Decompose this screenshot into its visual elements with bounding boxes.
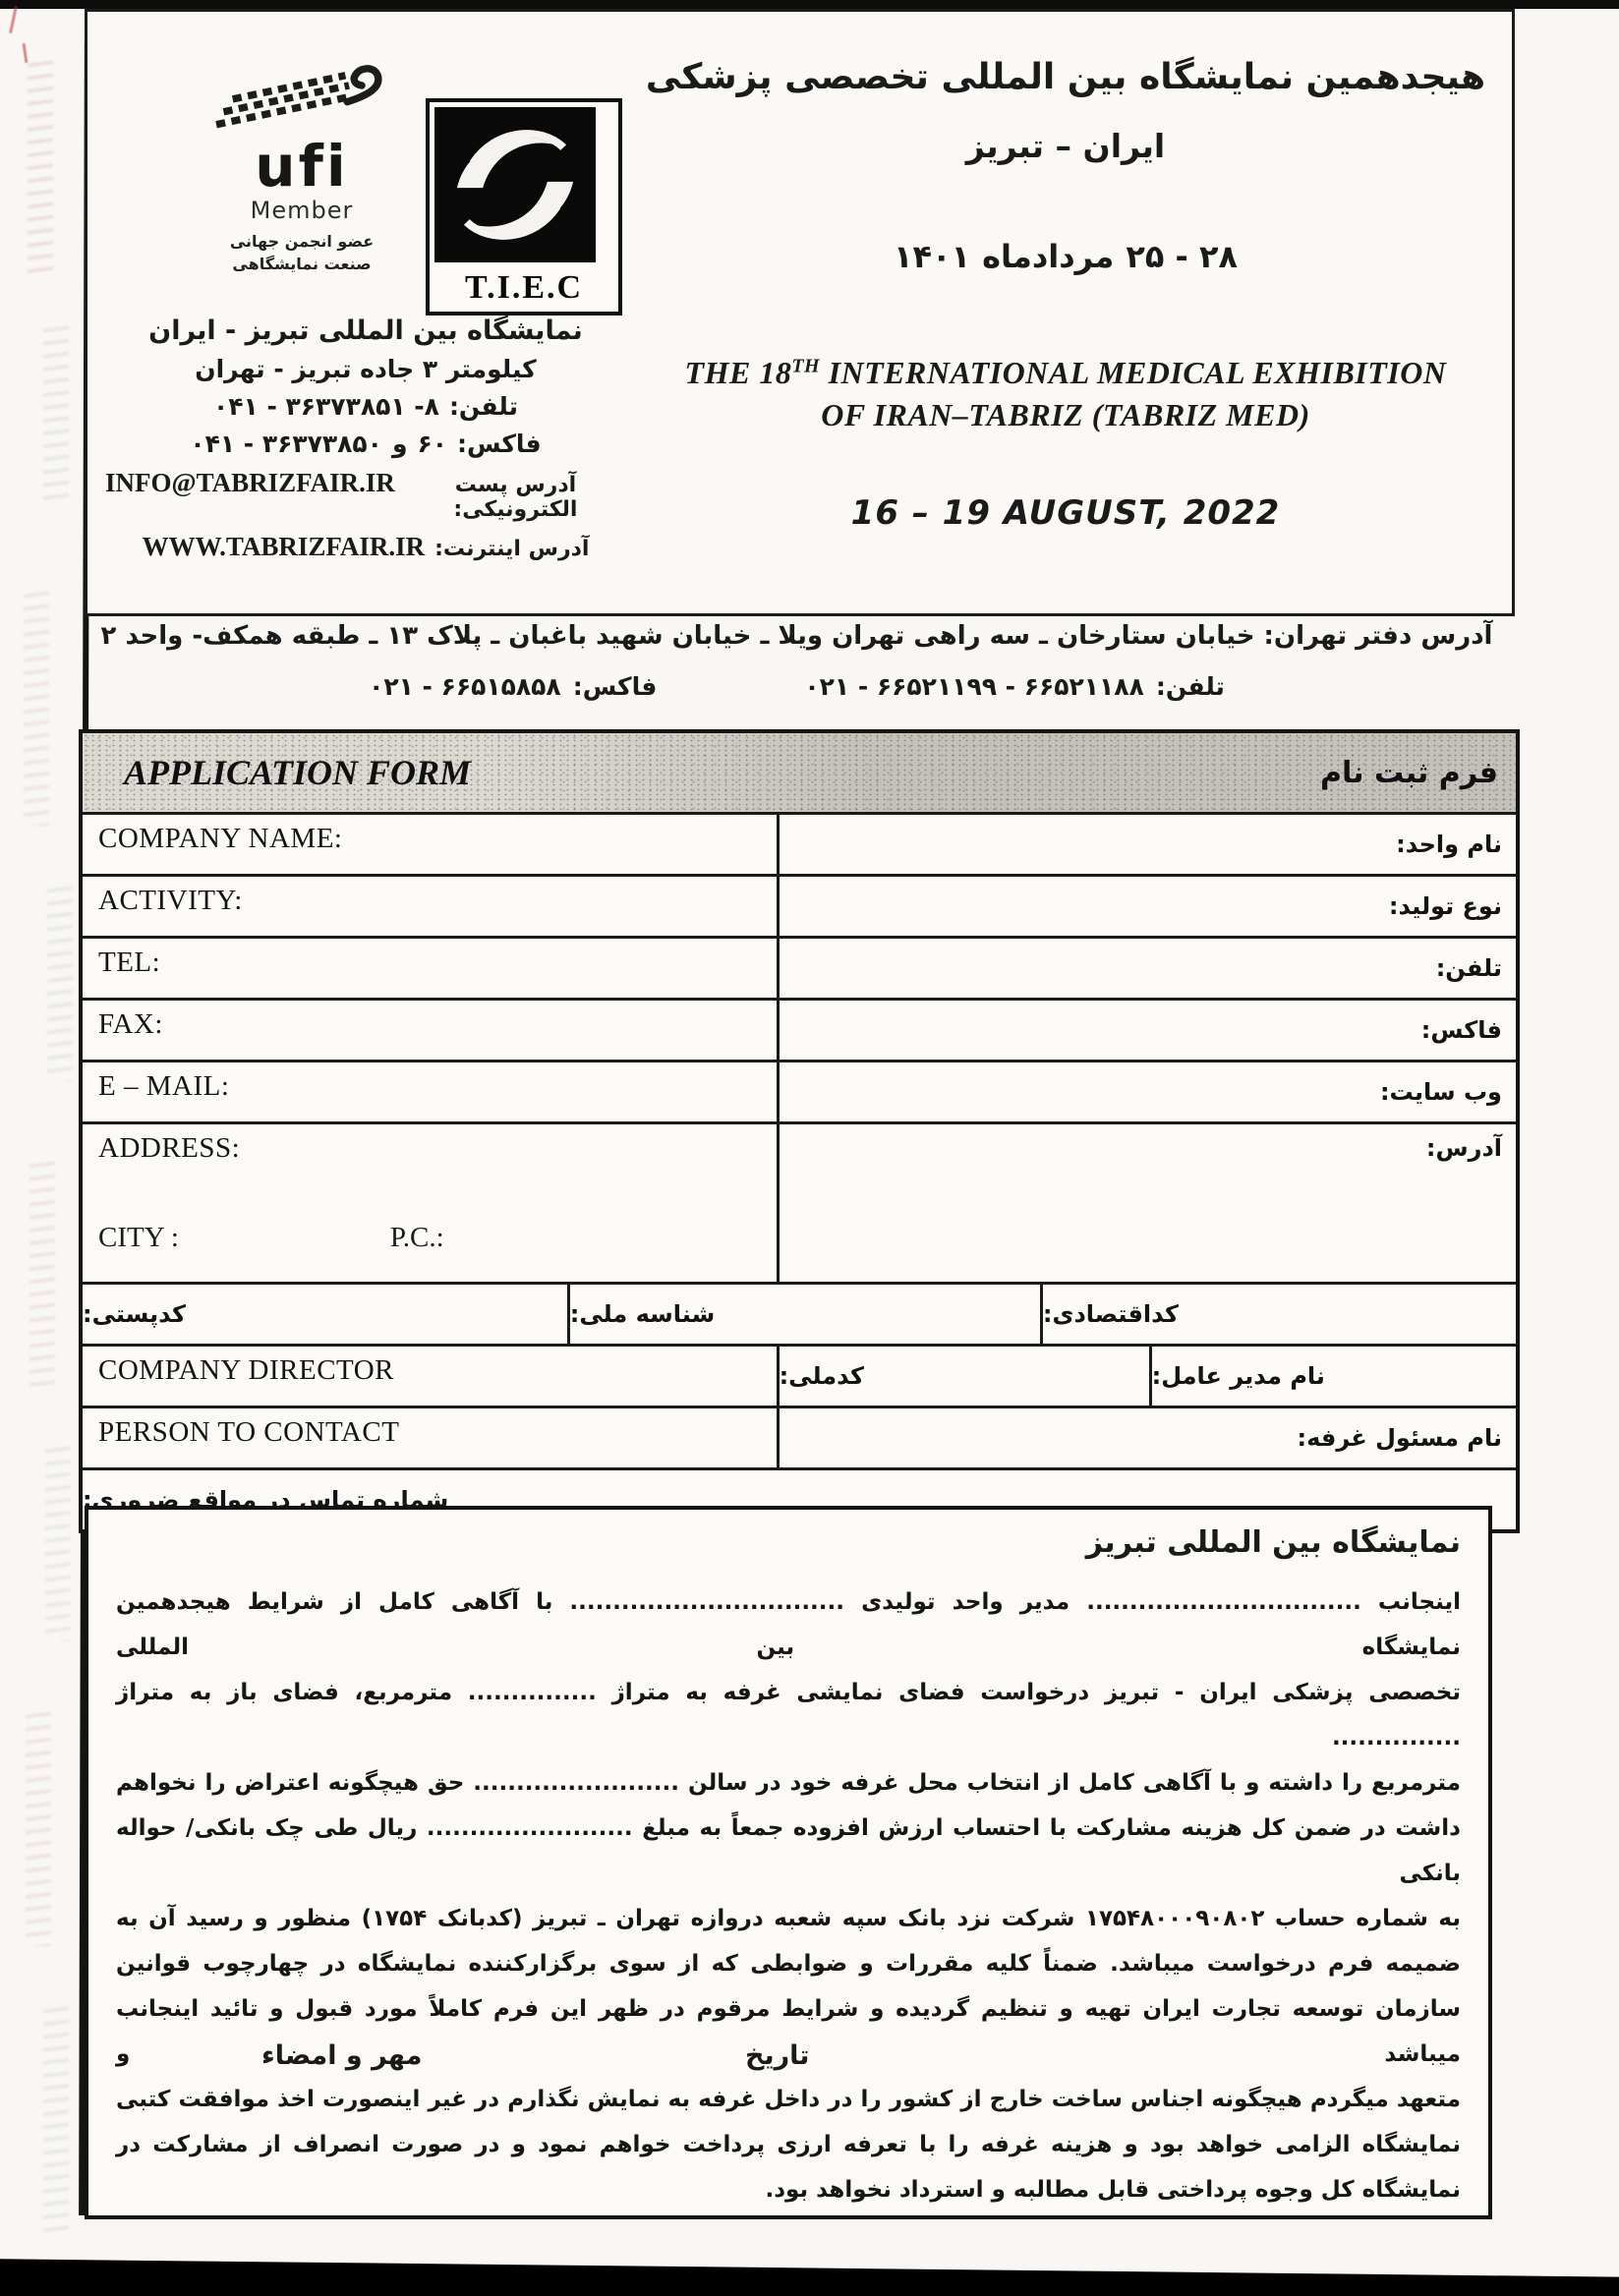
- tehran-office-fax: ۰۲۱ - ۶۶۵۱۵۸۵۸ فاکس:: [369, 672, 657, 701]
- venue-email-label: آدرس پست الکترونیکی:: [405, 473, 626, 522]
- scan-edge-top: [0, 0, 1619, 9]
- venue-email-address: INFO@TABRIZFAIR.IR: [105, 468, 395, 498]
- event-date-english: 16 – 19 AUGUST, 2022: [643, 493, 1488, 533]
- bleed-through-marks: [45, 1445, 71, 1641]
- venue-name: نمایشگاه بین المللی تبریز - ایران: [105, 316, 626, 346]
- form-row-codes: کدپستی: شناسه ملی: کداقتصادی:: [83, 1282, 1516, 1344]
- agreement-line: به شماره حساب ۱۷۵۴۸۰۰۰۹۰۸۰۲ شرکت نزد بان…: [116, 1896, 1461, 1941]
- tehran-office-address: آدرس دفتر تهران: خیابان ستارخان ـ سه راه…: [85, 621, 1509, 651]
- agreement-line: مترمربع را داشته و با آگاهی کامل از انتخ…: [116, 1760, 1461, 1806]
- event-date-persian-year: ۱۴۰۱: [894, 238, 970, 275]
- agreement-line: نمایشگاه الزامی خواهد بود و هزینه غرفه ر…: [116, 2122, 1461, 2167]
- venue-email-line: آدرس پست الکترونیکی: INFO@TABRIZFAIR.IR: [105, 468, 626, 522]
- managing-director-label-fa: نام مدیر عامل:: [1152, 1347, 1516, 1406]
- venue-contact-block: نمایشگاه بین المللی تبریز - ایران کیلومت…: [105, 307, 626, 562]
- tehran-office-telephone-numbers: ۰۲۱ - ۶۶۵۲۱۱۹۹ - ۶۶۵۲۱۱۸۸: [804, 672, 1143, 701]
- ufi-member-label: Member: [184, 197, 420, 224]
- tehran-office-fax-label: فاکس:: [573, 672, 658, 701]
- event-title-english-ordinal: TH: [791, 355, 820, 376]
- city-pc-line: CITY : P.C.:: [83, 1222, 777, 1254]
- event-title-persian: هیجدهمین نمایشگاه بین المللی تخصصی پزشکی: [643, 57, 1488, 97]
- event-date-persian-days: ۲۵ - ۲۸: [1126, 238, 1238, 275]
- form-title-row: APPLICATION FORM فرم ثبت نام: [83, 733, 1516, 812]
- agreement-line: نمایشگاه کل وجوه پرداختی قابل مطالبه و ا…: [116, 2167, 1461, 2212]
- production-type-label: نوع تولید:: [780, 877, 1516, 936]
- ufi-wordmark: ufi: [184, 138, 420, 195]
- tiec-swirl-icon: [434, 107, 596, 262]
- form-row-email: E – MAIL: وب سایت:: [83, 1060, 1516, 1121]
- stamp-signature-label: مهر و امضاء: [261, 2040, 422, 2071]
- website-label-fa: وب سایت:: [780, 1062, 1516, 1121]
- agreement-line: ضمیمه فرم درخواست میباشد. ضمناً کلیه مقر…: [116, 1941, 1461, 1986]
- event-date-persian: ۱۴۰۱ مردادماه ۲۵ - ۲۸: [643, 238, 1488, 275]
- event-subtitle-persian: ایران – تبریز: [643, 127, 1488, 165]
- address-label-fa: آدرس:: [780, 1124, 1516, 1282]
- ufi-persian-caption-1: عضو انجمن جهانی: [184, 230, 420, 253]
- fax-label: FAX:: [83, 1001, 780, 1060]
- event-title-english-suffix: INTERNATIONAL MEDICAL EXHIBITION: [820, 355, 1446, 390]
- form-row-tel: TEL: تلفن:: [83, 936, 1516, 998]
- city-label: CITY :: [83, 1222, 179, 1254]
- tel-label: TEL:: [83, 939, 780, 998]
- postal-code-label-fa: کدپستی:: [83, 1285, 570, 1344]
- activity-label: ACTIVITY:: [83, 877, 780, 936]
- ufi-swoosh-icon: [207, 61, 396, 134]
- event-date-persian-month: مردادماه: [982, 238, 1114, 275]
- pen-mark-red: [9, 6, 18, 33]
- event-title-english: THE 18TH INTERNATIONAL MEDICAL EXHIBITIO…: [643, 352, 1488, 436]
- date-signature-label: تاریخ: [745, 2040, 809, 2071]
- form-row-company-name: COMPANY NAME: نام واحد:: [83, 812, 1516, 874]
- venue-website-line: آدرس اینترنت: WWW.TABRIZFAIR.IR: [105, 532, 626, 562]
- tiec-wordmark: T.I.E.C: [434, 269, 613, 307]
- tehran-office-block: آدرس دفتر تهران: خیابان ستارخان ـ سه راه…: [85, 621, 1509, 701]
- bleed-through-marks: [29, 1160, 55, 1386]
- tehran-office-fax-numbers: ۰۲۱ - ۶۶۵۱۵۸۵۸: [369, 672, 561, 701]
- tehran-office-telephone: ۰۲۱ - ۶۶۵۲۱۱۹۹ - ۶۶۵۲۱۱۸۸ تلفن:: [804, 672, 1225, 701]
- venue-telephone-label: تلفن:: [449, 392, 518, 421]
- company-director-label: COMPANY DIRECTOR: [83, 1347, 780, 1406]
- address-label: ADDRESS:: [83, 1124, 777, 1165]
- form-title-english: APPLICATION FORM: [83, 752, 1320, 793]
- form-title-persian: فرم ثبت نام: [1320, 756, 1516, 790]
- venue-fax-numbers: ۰۴۱ - ۳۶۳۷۳۸۵۰: [190, 430, 382, 458]
- telephone-label-fa: تلفن:: [780, 939, 1516, 998]
- postal-code-label-en: P.C.:: [390, 1222, 444, 1254]
- fax-label-fa: فاکس:: [780, 1001, 1516, 1060]
- bleed-through-marks: [28, 59, 53, 275]
- ufi-logo: ufi Member عضو انجمن جهانی صنعت نمایشگاه…: [184, 61, 420, 275]
- agreement-line: اینجانب ................................…: [116, 1579, 1461, 1670]
- scan-edge-bottom: [0, 2251, 1619, 2296]
- venue-fax-label: فاکس:: [457, 430, 542, 458]
- bleed-through-marks: [47, 885, 73, 1081]
- tehran-office-telephone-label: تلفن:: [1156, 672, 1225, 701]
- ufi-persian-caption-2: صنعت نمایشگاهی: [184, 253, 420, 275]
- economic-code-label: کداقتصادی:: [1043, 1285, 1516, 1344]
- unit-name-label: نام واحد:: [780, 815, 1516, 874]
- person-to-contact-label: PERSON TO CONTACT: [83, 1408, 780, 1467]
- form-row-contact-person: PERSON TO CONTACT نام مسئول غرفه:: [83, 1406, 1516, 1467]
- form-row-fax: FAX: فاکس:: [83, 998, 1516, 1060]
- national-code-label: کدملی:: [780, 1347, 1152, 1406]
- agreement-line: تخصصی پزشکی ایران - تبریز درخواست فضای ن…: [116, 1670, 1461, 1760]
- venue-website-address: WWW.TABRIZFAIR.IR: [143, 532, 426, 562]
- form-row-address: ADDRESS: CITY : P.C.: آدرس:: [83, 1121, 1516, 1282]
- booth-manager-label-fa: نام مسئول غرفه:: [780, 1408, 1516, 1467]
- bleed-through-marks: [24, 590, 49, 826]
- bleed-through-marks: [26, 1710, 51, 1946]
- agreement-line: داشت در ضمن کل هزینه مشارکت با احتساب ار…: [116, 1806, 1461, 1896]
- event-title-english-prefix: THE 18: [685, 355, 792, 390]
- email-label: E – MAIL:: [83, 1062, 780, 1121]
- venue-website-label: آدرس اینترنت:: [434, 537, 589, 561]
- tiec-logo: T.I.E.C: [426, 98, 622, 316]
- tehran-office-phones: ۰۲۱ - ۶۶۵۱۵۸۵۸ فاکس: ۰۲۱ - ۶۶۵۲۱۱۹۹ - ۶۶…: [85, 672, 1509, 701]
- agreement-box: نمایشگاه بین المللی تبریز اینجانب ......…: [85, 1506, 1492, 2219]
- scanned-application-form-page: ufi Member عضو انجمن جهانی صنعت نمایشگاه…: [0, 0, 1619, 2296]
- event-title-block: هیجدهمین نمایشگاه بین المللی تخصصی پزشکی…: [643, 57, 1488, 533]
- form-row-activity: ACTIVITY: نوع تولید:: [83, 874, 1516, 936]
- event-title-english-line2: OF IRAN–TABRIZ (TABRIZ MED): [821, 397, 1309, 432]
- bleed-through-marks: [43, 324, 69, 501]
- agreement-line: متعهد میگردم هیچگونه اجناس ساخت خارج از …: [116, 2077, 1461, 2122]
- venue-fax-and: و: [392, 430, 408, 458]
- venue-fax: ۰۴۱ - ۳۶۳۷۳۸۵۰ و ۶۰ فاکس:: [105, 430, 626, 458]
- venue-telephone: ۰۴۱ - ۳۶۳۷۳۸۵۱ -۸ تلفن:: [105, 392, 626, 421]
- application-form-table: APPLICATION FORM فرم ثبت نام COMPANY NAM…: [79, 729, 1520, 1533]
- venue-fax-alt-number: ۶۰: [418, 430, 448, 458]
- venue-address: کیلومتر ۳ جاده تبریز - تهران: [105, 355, 626, 383]
- agreement-title: نمایشگاه بین المللی تبریز: [116, 1525, 1461, 1560]
- bleed-through-marks: [43, 2005, 69, 2231]
- form-row-director: COMPANY DIRECTOR کدملی: نام مدیر عامل:: [83, 1344, 1516, 1406]
- company-name-label: COMPANY NAME:: [83, 815, 780, 874]
- letterhead-box: ufi Member عضو انجمن جهانی صنعت نمایشگاه…: [85, 9, 1515, 616]
- national-id-label: شناسه ملی:: [570, 1285, 1043, 1344]
- venue-telephone-numbers: ۰۴۱ - ۳۶۳۷۳۸۵۱ -۸: [213, 392, 439, 421]
